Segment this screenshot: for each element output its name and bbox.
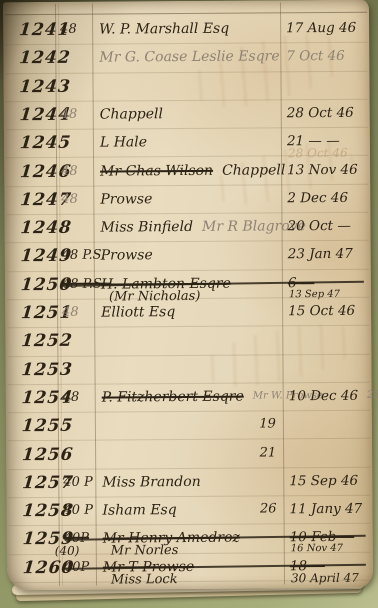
fee-mark: 48 <box>61 186 78 214</box>
sub-name-text: Miss Lock <box>111 572 178 587</box>
fee-mark: 40 P <box>63 468 93 496</box>
name-text: Miss Binfield <box>100 213 193 242</box>
fee-text: 40 P <box>63 468 93 496</box>
ledger-row: 124448Chappell28 Oct 46 <box>6 99 368 131</box>
date-entry: 7 Oct 46 <box>286 42 345 70</box>
name-entry: Miss BinfieldMr R Blagrove <box>100 212 306 241</box>
sub-line: (40)Mr Norles16 Nov 47 <box>9 542 371 562</box>
date-entry: 15 Sep 46 <box>289 467 358 495</box>
sub-date: 16 Nov 47 <box>291 542 343 556</box>
sub-fee-text: (40) <box>55 544 80 558</box>
date-text: 2 Dec 46 <box>287 184 348 212</box>
sub-date: 30 April 47 <box>291 571 359 585</box>
date-entry: 17 Aug 46 <box>286 14 356 42</box>
sub-line: Miss Lock30 April 47 <box>9 570 371 590</box>
entry-number: 1257 <box>21 469 64 497</box>
ledger-page: 124148W. P. Marshall Esq17 Aug 461242Mr … <box>3 0 373 590</box>
ledger-row: 124148W. P. Marshall Esq17 Aug 46 <box>5 14 367 46</box>
date-entry: 28 Oct 46 <box>287 99 354 127</box>
fee-mark: 48 <box>63 384 80 412</box>
fee-text: 48 <box>63 384 80 412</box>
date-text: 11 Jany 47 <box>289 495 362 524</box>
name-entry: Isham Esq <box>102 496 176 525</box>
name-entry: Mr G. Coase Leslie Esqre <box>99 43 279 72</box>
sub-name: Miss Lock <box>111 572 178 587</box>
date-text: 17 Aug 46 <box>286 14 356 42</box>
entry-number: 1258 <box>21 497 64 525</box>
ledger-row: 125621 <box>8 438 370 470</box>
name-text: Prowse <box>100 185 152 213</box>
ledger-row: 125519 <box>8 410 370 442</box>
sub-fee: (40) <box>55 544 80 558</box>
entry-number: 1254 <box>20 384 63 412</box>
mid-number: 19 <box>242 411 276 439</box>
date-entry: 10 Dec 4623 Oct 47 <box>289 381 378 412</box>
entry-number: 1247 <box>19 186 62 214</box>
entry-number: 1249 <box>19 242 62 270</box>
ledger-row: 125740 PMiss Brandon15 Sep 46 <box>8 467 370 499</box>
entry-number: 1242 <box>18 44 61 72</box>
entry-number: 1244 <box>18 101 61 129</box>
ledger-row: 125840 PIsham Esq2611 Jany 47 <box>8 495 370 527</box>
mid-number: 21 <box>242 439 276 467</box>
fee-mark: 48 <box>60 16 77 44</box>
name-text: Miss Brandon <box>102 468 201 497</box>
date-text: 10 Dec 46 <box>289 382 359 410</box>
date-entry: 23 Jan 47 <box>288 240 353 268</box>
sub-line: (Mr Nicholas)13 Sep 47 <box>7 287 369 307</box>
sub-date-text: 16 Nov 47 <box>291 543 343 554</box>
ledger-row: 1245L Hale21 — —28 Oct 46 <box>6 127 368 159</box>
entry-number: 1256 <box>21 440 64 468</box>
date-entry: 20 Oct — <box>287 212 351 240</box>
sub-date-text: 13 Sep 47 <box>289 289 340 300</box>
name-text: Isham Esq <box>102 496 176 525</box>
entry-number: 1248 <box>19 214 62 242</box>
ledger-row: 1252 <box>7 325 369 357</box>
ledger-row: 125940PMr Henry Amedroz10 Feb —(40)Mr No… <box>9 523 371 555</box>
fee-text: 48 <box>60 16 77 44</box>
entry-number: 1243 <box>18 72 61 100</box>
fee-mark: 48 P.S. <box>62 242 106 270</box>
name-entry: W. P. Marshall Esq <box>99 15 229 44</box>
date-text: 7 Oct 46 <box>286 42 345 70</box>
fee-mark: 40 P <box>63 497 93 525</box>
sub-name: Mr Norles <box>111 543 179 558</box>
ledger-row: 125448P. Fitzherbert EsqreMr W. Prowse10… <box>8 382 370 414</box>
entry-number: 1252 <box>20 327 63 355</box>
ledger-row: 1243 <box>5 70 367 102</box>
date-text: 28 Oct 46 <box>287 99 354 127</box>
name-entry: Prowse <box>101 242 153 270</box>
ledger-row: 124948 P.S.Prowse23 Jan 47 <box>7 240 369 272</box>
ledger-row: 1242Mr G. Coase Leslie Esqre7 Oct 46 <box>5 42 367 74</box>
name-entry: Chappell <box>100 100 163 128</box>
date-entry: 11 Jany 47 <box>289 495 362 524</box>
entry-number: 1255 <box>21 412 64 440</box>
date-text: 20 Oct — <box>287 212 351 240</box>
date-text: 23 Oct 47 <box>367 381 378 409</box>
ledger-row: 1253 <box>7 353 369 385</box>
sub-date-text: 28 Oct 46 <box>288 146 348 160</box>
name-text: Chappell <box>100 100 163 128</box>
sub-name-text: (Mr Nicholas) <box>109 289 201 305</box>
sub-date: 13 Sep 47 <box>289 288 340 302</box>
name-text: Mr G. Coase Leslie Esqre <box>99 43 279 72</box>
sub-date: 28 Oct 46 <box>288 146 348 160</box>
fee-text: 48 P.S. <box>62 242 106 270</box>
sub-name-text: Mr Norles <box>111 543 179 558</box>
ledger-row: 1248Miss BinfieldMr R Blagrove20 Oct — <box>6 212 368 244</box>
name-entry: Miss Brandon <box>102 468 201 497</box>
date-entry: 2 Dec 46 <box>287 184 348 212</box>
fee-text: 48 <box>61 101 78 129</box>
sub-name: (Mr Nicholas) <box>109 289 201 305</box>
date-text: 23 Jan 47 <box>288 240 353 268</box>
ledger-photo: 124148W. P. Marshall Esq17 Aug 461242Mr … <box>0 0 378 608</box>
fee-text: 48 <box>61 186 78 214</box>
ledger-row: 124748Prowse2 Dec 46 <box>6 184 368 216</box>
entry-number: 1253 <box>20 355 63 383</box>
name-text: Prowse <box>101 242 153 270</box>
entry-number: 1241 <box>18 16 61 44</box>
date-text: 15 Sep 46 <box>289 467 358 495</box>
sub-date-text: 30 April 47 <box>291 571 359 585</box>
fee-text: 40 P <box>63 497 93 525</box>
name-entry: Prowse <box>100 185 152 213</box>
ledger-row: 125048 P.S.H. Lambton Esqre6 —(Mr Nichol… <box>7 268 369 300</box>
sub-line: 28 Oct 46 <box>6 146 368 166</box>
name-text: P. Fitzherbert Esqre <box>102 383 244 412</box>
fee-mark: 48 <box>61 101 78 129</box>
name-text: W. P. Marshall Esq <box>99 15 229 44</box>
mid-number: 26 <box>242 495 276 523</box>
